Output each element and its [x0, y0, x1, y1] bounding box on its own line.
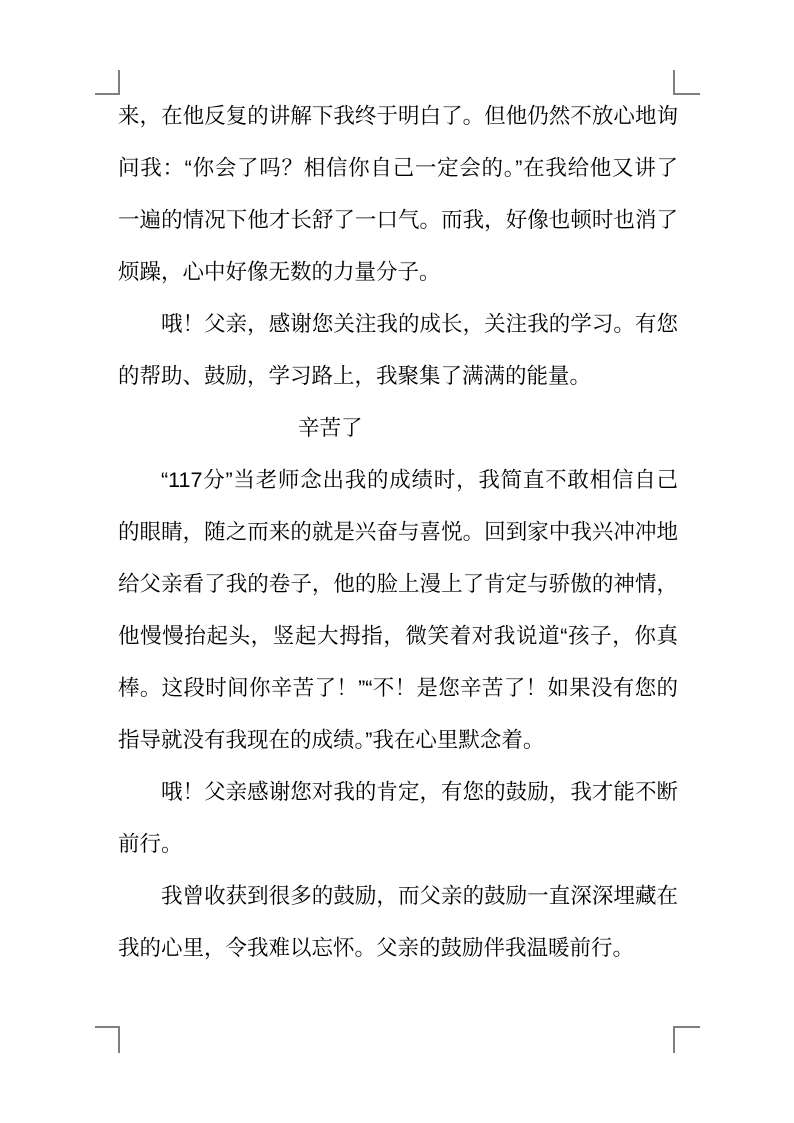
paragraph: “117分”当老师念出我的成绩时，我简直不敢相信自己的眼睛，随之而来的就是兴奋与…	[118, 454, 678, 766]
essay-title: 辛苦了	[118, 402, 678, 454]
paragraph: 哦！父亲感谢您对我的肯定，有您的鼓励，我才能不断前行。	[118, 766, 678, 870]
crop-mark-bottom-left	[95, 1026, 120, 1053]
crop-mark-bottom-right	[673, 1026, 700, 1053]
text-block: 来，在他反复的讲解下我终于明白了。但他仍然不放心地询问我：“你会了吗？相信你自己…	[118, 90, 678, 974]
document-page: 来，在他反复的讲解下我终于明白了。但他仍然不放心地询问我：“你会了吗？相信你自己…	[0, 0, 794, 1123]
paragraph: 哦！父亲，感谢您关注我的成长，关注我的学习。有您的帮助、鼓励，学习路上，我聚集了…	[118, 298, 678, 402]
paragraph: 我曾收获到很多的鼓励，而父亲的鼓励一直深深埋藏在我的心里，令我难以忘怀。父亲的鼓…	[118, 870, 678, 974]
crop-mark-top-left	[95, 70, 120, 95]
paragraph: 来，在他反复的讲解下我终于明白了。但他仍然不放心地询问我：“你会了吗？相信你自己…	[118, 90, 678, 298]
